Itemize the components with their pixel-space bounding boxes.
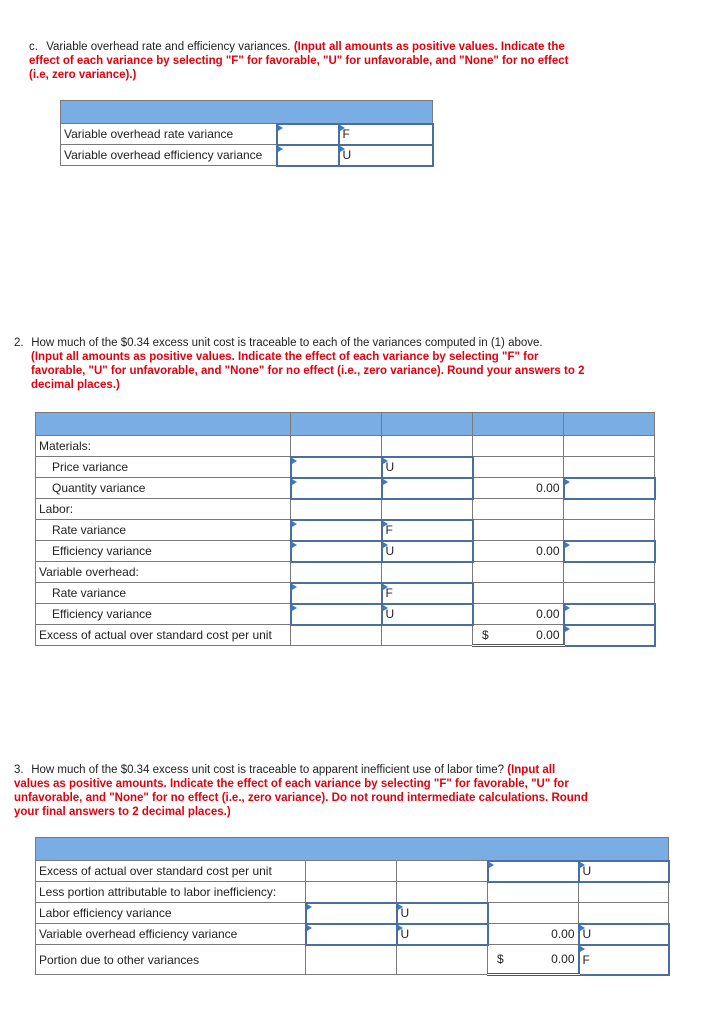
row-label: Price variance (36, 457, 291, 478)
question-2-text: How much of the $0.34 excess unit cost i… (31, 337, 542, 349)
amount-input[interactable] (306, 903, 397, 924)
question-3-text: How much of the $0.34 excess unit cost i… (31, 764, 504, 776)
amount-input[interactable] (291, 541, 382, 562)
amount-input[interactable] (277, 124, 339, 145)
table-header (61, 101, 433, 124)
row-label: Variable overhead efficiency variance (36, 924, 306, 945)
question-3-prefix: 3. (14, 763, 28, 777)
question-2-prefix: 2. (14, 336, 28, 350)
subtotal-value: 0.00 (473, 604, 564, 625)
total-effect-select[interactable]: F (579, 945, 669, 975)
total-row: Excess of actual over standard cost per … (36, 625, 655, 646)
row-label: Efficiency variance (36, 604, 291, 625)
effect-select[interactable]: U (339, 145, 433, 166)
table-row: Efficiency variance U 0.00 (36, 604, 655, 625)
subtotal-value: 0.00 (488, 924, 579, 945)
effect-select[interactable]: U (382, 541, 473, 562)
excess-amount-input[interactable] (488, 861, 579, 882)
table-header (36, 413, 655, 436)
effect-select[interactable]: F (382, 520, 473, 541)
table-row: Variable overhead rate variance F (61, 124, 433, 145)
table-row: Rate variance F (36, 583, 655, 604)
table-row: Rate variance F (36, 520, 655, 541)
effect-select[interactable]: U (397, 903, 488, 924)
subtotal-value: 0.00 (473, 478, 564, 499)
row-label: Labor efficiency variance (36, 903, 306, 924)
row-label: Excess of actual over standard cost per … (36, 625, 291, 646)
row-label: Rate variance (36, 520, 291, 541)
question-2-table: Materials: Price variance U Quantity var… (35, 412, 656, 647)
row-label: Portion due to other variances (36, 945, 306, 975)
part-c-table: Variable overhead rate variance F Variab… (60, 100, 434, 167)
row-label: Quantity variance (36, 478, 291, 499)
amount-input[interactable] (277, 145, 339, 166)
subtotal-effect-select[interactable] (564, 604, 655, 625)
section-row-materials: Materials: (36, 436, 655, 457)
excess-effect-select[interactable]: U (579, 861, 669, 882)
effect-select[interactable] (382, 478, 473, 499)
subtotal-effect-select[interactable]: U (579, 924, 669, 945)
effect-select[interactable]: U (397, 924, 488, 945)
amount-input[interactable] (291, 457, 382, 478)
row-label: Rate variance (36, 583, 291, 604)
total-row: Portion due to other variances $0.00 F (36, 945, 669, 975)
table-row: Excess of actual over standard cost per … (36, 861, 669, 882)
subtotal-value: 0.00 (473, 541, 564, 562)
total-amount: 0.00 (536, 628, 559, 642)
question-3: 3. How much of the $0.34 excess unit cos… (14, 763, 589, 819)
table-row: Labor efficiency variance U (36, 903, 669, 924)
amount-input[interactable] (291, 520, 382, 541)
question-3-table: Excess of actual over standard cost per … (35, 837, 670, 976)
question-2: 2. How much of the $0.34 excess unit cos… (14, 336, 589, 392)
amount-input[interactable] (306, 924, 397, 945)
row-label: Excess of actual over standard cost per … (36, 861, 306, 882)
table-row: Price variance U (36, 457, 655, 478)
amount-input[interactable] (291, 478, 382, 499)
total-value: $0.00 (473, 625, 564, 646)
total-effect-select[interactable] (564, 625, 655, 646)
section-row-labor: Labor: (36, 499, 655, 520)
table-row: Efficiency variance U 0.00 (36, 541, 655, 562)
currency-symbol: $ (476, 628, 489, 642)
subtotal-effect-select[interactable] (564, 541, 655, 562)
row-label: Efficiency variance (36, 541, 291, 562)
total-amount: 0.00 (551, 952, 574, 966)
table-row: Variable overhead efficiency variance U … (36, 924, 669, 945)
table-header (36, 838, 669, 861)
table-row: Less portion attributable to labor ineff… (36, 882, 669, 903)
total-value: $0.00 (488, 945, 579, 975)
part-c-prefix: c. (29, 40, 43, 54)
section-row-variable-overhead: Variable overhead: (36, 562, 655, 583)
part-c-text: Variable overhead rate and efficiency va… (46, 41, 290, 53)
part-c-question: c. Variable overhead rate and efficiency… (29, 40, 589, 82)
effect-select[interactable]: U (382, 604, 473, 625)
subtotal-effect-select[interactable] (564, 478, 655, 499)
section-label: Labor: (36, 499, 291, 520)
effect-select[interactable]: U (382, 457, 473, 478)
row-label: Less portion attributable to labor ineff… (36, 882, 306, 903)
effect-select[interactable]: F (339, 124, 433, 145)
amount-input[interactable] (291, 583, 382, 604)
table-row: Variable overhead efficiency variance U (61, 145, 433, 166)
section-label: Variable overhead: (36, 562, 291, 583)
row-label: Variable overhead rate variance (61, 124, 277, 145)
effect-select[interactable]: F (382, 583, 473, 604)
table-row: Quantity variance 0.00 (36, 478, 655, 499)
question-2-instruction: (Input all amounts as positive values. I… (14, 350, 589, 392)
section-label: Materials: (36, 436, 291, 457)
amount-input[interactable] (291, 604, 382, 625)
currency-symbol: $ (491, 952, 504, 966)
row-label: Variable overhead efficiency variance (61, 145, 277, 166)
